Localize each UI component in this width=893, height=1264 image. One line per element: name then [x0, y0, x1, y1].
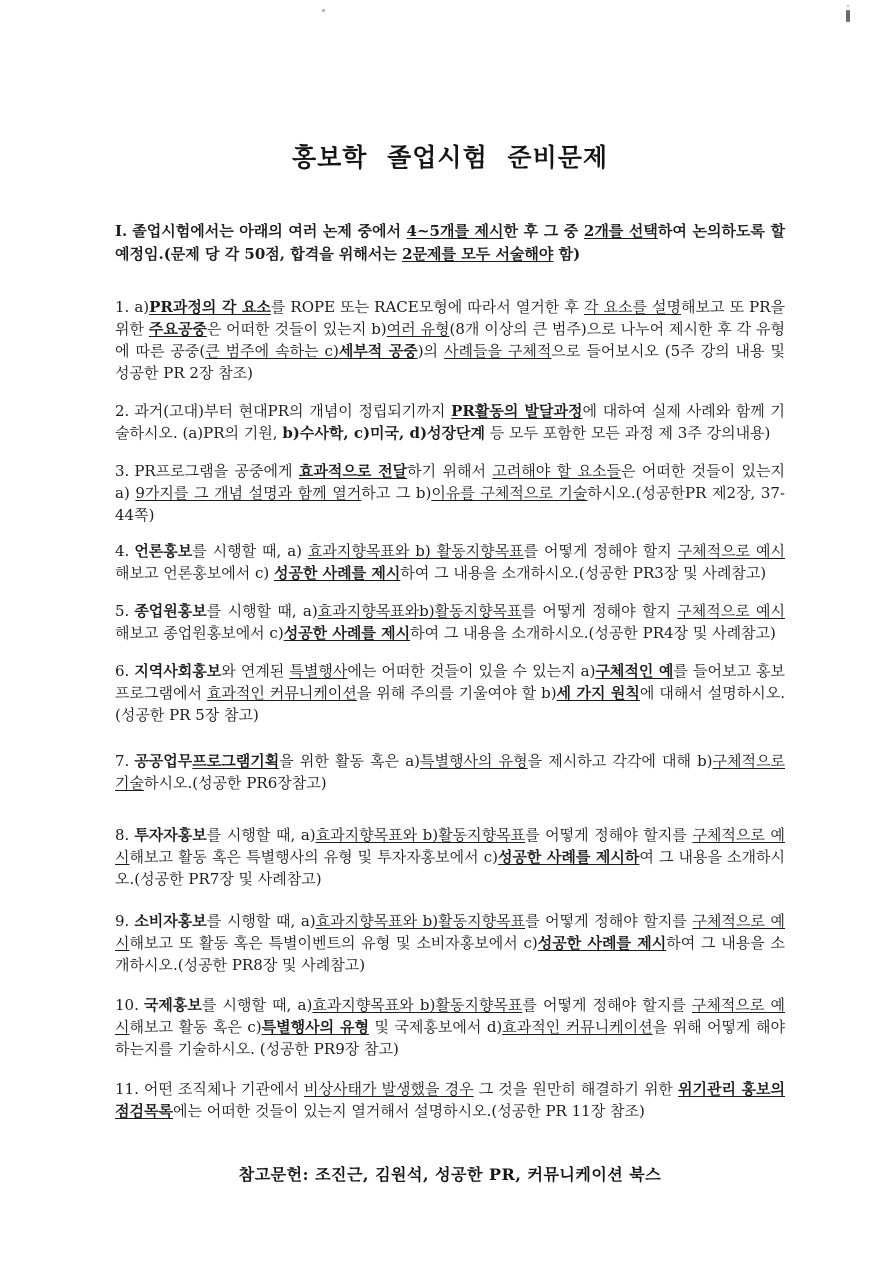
- text-segment: 에는 어떠한 것들이 있는지 열거해서 설명하시오.(성공한 PR 11장 참조…: [173, 1102, 645, 1120]
- exam-item: 2.과거(고대)부터 현대PR의 개념이 정립되기까지 PR활동의 발달과정에 …: [115, 400, 785, 444]
- item-number: 3.: [115, 462, 129, 480]
- text-segment: 성공한 사례를 제시: [538, 934, 666, 952]
- text-segment: 와 연계된: [221, 662, 289, 680]
- text-segment: PR과정의 각 요소: [149, 298, 271, 316]
- text-segment: 를 어떻게 정해야 할지를: [522, 996, 692, 1014]
- text-segment: 구체적으로 예시: [678, 542, 785, 560]
- text-segment: 하시오.(성공한 PR6장참고): [144, 774, 327, 792]
- item-number: 10.: [115, 996, 139, 1014]
- text-segment: 언론홍보: [134, 542, 192, 560]
- text-segment: )의: [418, 342, 444, 360]
- text-segment: 를 시행할 때, a): [207, 826, 316, 844]
- text-segment: 공공업무: [134, 752, 192, 770]
- text-segment: 주요공중: [149, 320, 207, 338]
- text-segment: 효과지향목표와 b)활동지향목표: [316, 826, 525, 844]
- text-segment: 과거(고대)부터 현대PR의 개념이 정립되기까지: [134, 402, 451, 420]
- text-segment: PR프로그램을 공중에게: [134, 462, 299, 480]
- text-segment: 세부적 공중: [339, 342, 418, 360]
- text-segment: 효과적으로 전달: [299, 462, 407, 480]
- text-segment: 을 제시하고 각각에 대해 b): [528, 752, 713, 770]
- text-segment: 특별행사의 유형: [262, 1018, 369, 1036]
- text-segment: 어떤 조직체나 기관에서: [144, 1080, 304, 1098]
- text-segment: 사례들을 구체적: [444, 342, 551, 360]
- text-segment: 해보고 또 활동 혹은 특별이벤트의 유형 및 소비자홍보에서 c): [130, 934, 538, 952]
- text-segment: 2문제를 모두 서술해야: [402, 245, 553, 263]
- text-segment: 9가지를 그 개념 설명과 함께 열거: [135, 484, 361, 502]
- text-segment: 성공한 사례를 제시하: [498, 848, 639, 866]
- exam-item: 8.투자자홍보를 시행할 때, a)효과지향목표와 b)활동지향목표를 어떻게 …: [115, 824, 785, 890]
- text-segment: 4~5개를 제시: [407, 222, 504, 240]
- text-segment: 세 가지 원칙: [557, 684, 640, 702]
- exam-item: 5.종업원홍보를 시행할 때, a)효과지향목표와b)활동지향목표를 어떻게 정…: [115, 600, 785, 644]
- text-segment: 하고 그 b): [361, 484, 431, 502]
- exam-item: 7.공공업무프로그램기획을 위한 활동 혹은 a)특별행사의 유형을 제시하고 …: [115, 750, 785, 794]
- text-segment: 효과지향목표와 b)활동지향목표: [312, 996, 522, 1014]
- text-segment: 그 것을 원만히 해결하기 위한: [474, 1080, 678, 1098]
- references-line: 참고문헌: 조진근, 김원석, 성공한 PR, 커뮤니케이션 북스: [115, 1162, 785, 1185]
- text-segment: 하기 위해서: [407, 462, 492, 480]
- text-segment: 등 모두 포함한 모든 과정 제 3주 강의내용): [485, 424, 770, 442]
- text-segment: 를 어떻게 정해야 할지를: [525, 912, 692, 930]
- text-segment: 해보고 활동 혹은 특별행사의 유형 및 투자자홍보에서 c): [130, 848, 498, 866]
- text-segment: 해보고 종업원홍보에서 c): [115, 624, 284, 642]
- text-segment: 성공한 사례를 제시: [274, 564, 400, 582]
- text-segment: 효과지향목표와 b)활동지향목표: [316, 912, 525, 930]
- item-number: 11.: [115, 1080, 139, 1098]
- text-segment: 성공한 사례를 제시: [284, 624, 410, 642]
- item-number: I.: [115, 222, 127, 240]
- text-segment: 해보고 활동 혹은 c): [130, 1018, 262, 1036]
- text-segment: 구체적인 예: [595, 662, 673, 680]
- text-segment: 한 후 그 중: [504, 222, 584, 240]
- text-segment: PR활동의 발달과정: [451, 402, 582, 420]
- text-segment: 해보고 언론홍보에서 c): [115, 564, 274, 582]
- text-segment: 를 어떻게 정해야 할지: [522, 602, 678, 620]
- text-segment: 각 요소를 설명: [584, 298, 681, 316]
- text-segment: 특별행사: [289, 662, 347, 680]
- item-number: 5.: [115, 602, 129, 620]
- text-segment: 에는 어떠한 것들이 있을 수 있는지 a): [347, 662, 595, 680]
- text-segment: 를 시행할 때, a): [207, 912, 316, 930]
- text-segment: a): [134, 298, 149, 316]
- text-segment: 비상사태가 발생했을 경우: [304, 1080, 474, 1098]
- exam-item: 11.어떤 조직체나 기관에서 비상사태가 발생했을 경우 그 것을 원만히 해…: [115, 1078, 785, 1122]
- item-number: 1.: [115, 298, 129, 316]
- scan-artifact: [846, 10, 850, 22]
- text-segment: 소비자홍보: [134, 912, 206, 930]
- scan-artifact: [322, 9, 325, 12]
- exam-item: 4.언론홍보를 시행할 때, a) 효과지향목표와 b) 활동지향목표를 어떻게…: [115, 540, 785, 584]
- text-segment: 및 국제홍보에서 d): [369, 1018, 502, 1036]
- text-segment: 프로그램기획: [192, 752, 279, 770]
- text-segment: 를 어떻게 정해야 할지: [524, 542, 678, 560]
- scan-artifact: [847, 5, 849, 7]
- text-segment: 를 시행할 때, a): [192, 542, 308, 560]
- text-segment: 종업원홍보: [134, 602, 206, 620]
- item-number: 2.: [115, 402, 129, 420]
- text-segment: 효과적인 커뮤니케이션: [502, 1018, 652, 1036]
- text-segment: 을 위해 주의를 기울여야 할 b): [357, 684, 557, 702]
- intro-text: 졸업시험에서는 아래의 여러 논제 중에서 4~5개를 제시한 후 그 중 2개…: [115, 222, 785, 263]
- item-number: 7.: [115, 752, 129, 770]
- text-segment: 구체적으로 예시: [677, 602, 785, 620]
- exam-item: 10.국제홍보를 시행할 때, a)효과지향목표와 b)활동지향목표를 어떻게 …: [115, 994, 785, 1060]
- text-segment: 투자자홍보: [134, 826, 206, 844]
- text-segment: 을 위한 활동 혹은 a): [279, 752, 420, 770]
- item-number: 8.: [115, 826, 129, 844]
- text-segment: 이유를 구체적으로 기술: [431, 484, 587, 502]
- text-segment: 를 어떻게 정해야 할지를: [525, 826, 692, 844]
- text-segment: 2개를 선택: [584, 222, 658, 240]
- text-segment: 은 어떠한 것들이 있는지 b): [207, 320, 387, 338]
- text-segment: 효과지향목표와b)활동지향목표: [318, 602, 522, 620]
- exam-question-list: 1.a)PR과정의 각 요소를 ROPE 또는 RACE모형에 따라서 열거한 …: [115, 296, 785, 1122]
- text-segment: 지역사회홍보: [134, 662, 221, 680]
- item-number: 6.: [115, 662, 129, 680]
- text-segment: 졸업시험에서는 아래의 여러 논제 중에서: [132, 222, 406, 240]
- page-title: 홍보학 졸업시험 준비문제: [115, 138, 785, 174]
- text-segment: 하여 그 내용을 소개하시오.(성공한 PR4장 및 사례참고): [410, 624, 776, 642]
- text-segment: 특별행사의 유형: [420, 752, 528, 770]
- text-segment: 하여 그 내용을 소개하시오.(성공한 PR3장 및 사례참고): [400, 564, 766, 582]
- exam-item: 3.PR프로그램을 공중에게 효과적으로 전달하기 위해서 고려해야 할 요소들…: [115, 460, 785, 526]
- intro-paragraph: I.졸업시험에서는 아래의 여러 논제 중에서 4~5개를 제시한 후 그 중 …: [115, 220, 785, 266]
- text-segment: 를 시행할 때, a): [202, 996, 313, 1014]
- text-segment: 큰 범주에 속하는 c): [205, 342, 339, 360]
- text-segment: 효과적인 커뮤니케이션: [207, 684, 357, 702]
- item-number: 9.: [115, 912, 129, 930]
- text-segment: 를 시행할 때, a): [207, 602, 318, 620]
- exam-item: 9.소비자홍보를 시행할 때, a)효과지향목표와 b)활동지향목표를 어떻게 …: [115, 910, 785, 976]
- exam-item: 1.a)PR과정의 각 요소를 ROPE 또는 RACE모형에 따라서 열거한 …: [115, 296, 785, 384]
- item-number: 4.: [115, 542, 129, 560]
- exam-item: 6.지역사회홍보와 연계된 특별행사에는 어떠한 것들이 있을 수 있는지 a)…: [115, 660, 785, 726]
- text-segment: b)수사학, c)미국, d)성장단계: [282, 424, 485, 442]
- text-segment: 고려해야 할 요소들: [492, 462, 621, 480]
- text-segment: 효과지향목표와 b) 활동지향목표: [308, 542, 524, 560]
- text-segment: 여러 유형: [387, 320, 450, 338]
- document-page: 홍보학 졸업시험 준비문제 I.졸업시험에서는 아래의 여러 논제 중에서 4~…: [0, 0, 893, 1264]
- text-segment: 를 ROPE 또는 RACE모형에 따라서 열거한 후: [271, 298, 584, 316]
- text-segment: 국제홍보: [144, 996, 202, 1014]
- text-segment: 함): [553, 245, 580, 263]
